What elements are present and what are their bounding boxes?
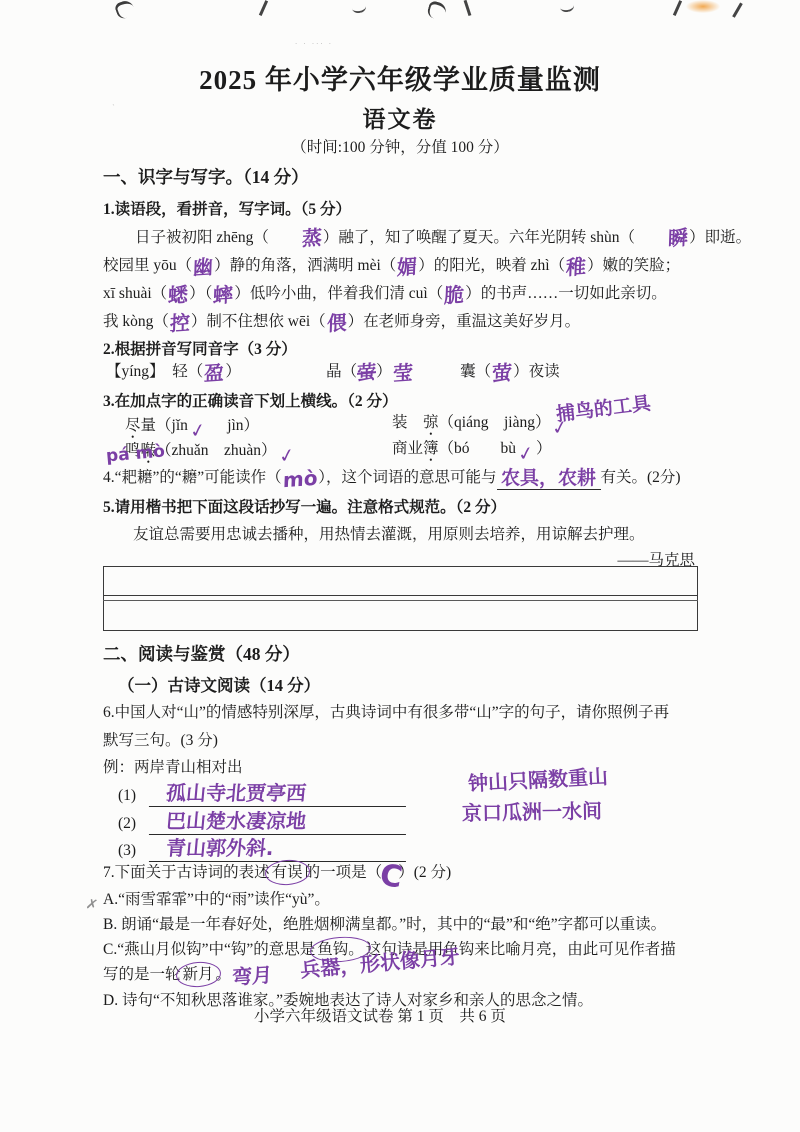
printed-text: （zhuǎn zhuàn）	[156, 442, 277, 459]
q6-answer-handwriting: 青山郭外斜.	[149, 837, 408, 862]
q7-option-c-line2: 写的是一轮新月。弯月	[103, 965, 273, 986]
q6-answer-label: (3)	[118, 842, 136, 859]
printed-text: jìn）	[208, 417, 259, 434]
handwritten-mark: C	[378, 860, 405, 893]
faint-print-ghost: . . ... .	[295, 38, 333, 46]
q7-option-b: B. 朗诵“最是一年春好处，绝胜烟柳满皇都。”时，其中的“最”和“绝”字都可以重…	[103, 915, 666, 936]
scribble-mark	[114, 0, 137, 21]
handwritten-mark: 有误	[270, 864, 305, 881]
scribble-mark	[559, 0, 575, 13]
handwritten-mark: 瞬	[636, 227, 689, 251]
printed-text: B. 朗诵“最是一年春好处，绝胜烟柳满皇都。”时，其中的“最”和“绝”字都可以重…	[103, 916, 666, 933]
page-title: 2025 年小学六年级学业质量监测	[0, 62, 800, 98]
printed-text: 的一项是（	[305, 864, 383, 881]
printed-text: 写的是一轮	[103, 966, 181, 983]
printed-text: ）在老师身旁，重温这美好岁月。	[348, 313, 581, 330]
q6-example: 例：两岸青山相对出	[103, 758, 243, 779]
q7-prompt: 7.下面关于古诗词的表述有误的一项是（C）(2 分)	[103, 862, 451, 892]
handwritten-mark: 弶	[423, 414, 439, 431]
printed-text: A.“雨雪霏霏”中的“雨”读作“yù”。	[103, 891, 330, 908]
printed-text: 校园里 yōu（	[103, 257, 192, 274]
q6-answer-label: (2)	[118, 815, 136, 832]
handwritten-mark: 蟀	[213, 284, 234, 305]
copy-box-divider	[103, 595, 698, 601]
handwritten-mark: 莹	[392, 362, 413, 383]
printed-text: ），这个词语的意思可能与	[318, 469, 496, 486]
q5-quote: 友谊总需要用忠诚去播种，用热情去灌溉，用原则去培养，用谅解去护理。	[133, 525, 645, 546]
printed-text: ）的书声……一切如此亲切。	[465, 285, 667, 302]
orange-smudge	[686, 0, 720, 13]
printed-text: 4.“耙耱”的“耱”可能读作（	[103, 469, 282, 486]
printed-text: ）低吟小曲，伴着我们清 cuì（	[234, 285, 443, 302]
printed-text: 日子被初阳 zhēng（	[135, 229, 269, 246]
page-footer: 小学六年级语文试卷 第 1 页 共 6 页	[0, 1007, 760, 1028]
handwritten-mark: 盈	[204, 362, 225, 383]
printed-text: ）即逝。	[689, 229, 751, 246]
handwritten-mark: 媚	[397, 256, 418, 277]
handwritten-mark: 萤	[357, 363, 376, 384]
section2-subheading: （一）古诗文阅读（14 分）	[118, 675, 320, 697]
printed-text: ）嫩的笑脸；	[587, 257, 680, 274]
q6-answer-handwriting: 巴山楚水凄凉地	[149, 810, 408, 835]
handwritten-mark: 弯月	[232, 965, 273, 988]
handwritten-mark: 幽	[193, 256, 214, 277]
printed-text: 囊（	[414, 363, 492, 380]
printed-text: C.“燕山月似钩”中“钩”的意思是	[103, 941, 315, 958]
printed-text: （bó bù	[439, 440, 517, 457]
printed-text: ）(2 分)	[398, 864, 451, 881]
printed-text: 装	[392, 414, 423, 431]
q1-text-line: 我 kòng（控）制不住想依 wēi（偎）在老师身旁，重温这美好岁月。	[103, 312, 580, 333]
q1-text-line: 日子被初阳 zhēng（蒸）融了，知了唤醒了夏天。六年光阴转 shùn（瞬）即逝…	[103, 228, 751, 249]
q3-prompt: 3.在加点字的正确读音下划上横线。（2 分）	[103, 392, 398, 413]
exam-meta: （时间:100 分钟，分值 100 分）	[0, 138, 800, 159]
handwritten-mark: 稚	[566, 256, 587, 277]
handwritten-mark: 尽	[125, 417, 141, 434]
printed-text: ）夜读	[513, 363, 560, 380]
q6-prompt-line1: 6.中国人对“山”的情感特别深厚，古典诗词中有很多带“山”字的句子，请你照例子再	[103, 703, 669, 724]
printed-text: 量（jǐn	[141, 417, 188, 434]
handwritten-mark: 簿	[423, 440, 439, 457]
handwritten-mark: ✓	[517, 444, 536, 465]
scribble-mark	[673, 0, 682, 16]
q2-prompt: 2.根据拼音写同音字（3 分）	[103, 340, 297, 361]
handwritten-mark: 蒸	[270, 227, 323, 251]
handwritten-mark: mò	[282, 468, 317, 491]
handwritten-mark: ✓	[188, 421, 207, 442]
q6-answer-handwriting: 孤山寺北贾亭西	[149, 782, 408, 807]
q3-margin-note: 捕鸟的工具	[555, 394, 652, 424]
printed-text: ） 晶（	[225, 363, 357, 380]
q6-answer-row: (3)青山郭外斜.	[118, 837, 407, 862]
scribble-mark	[464, 0, 471, 16]
printed-text: ）（	[189, 285, 212, 302]
section1-heading: 一、识字与写字。（14 分）	[103, 166, 309, 190]
printed-text: 有关。(2分)	[601, 469, 681, 486]
scribble-mark	[732, 2, 742, 17]
q6-answer-label: (1)	[118, 787, 136, 804]
q6-side-note: 钟山只隔数重山	[468, 766, 609, 793]
section2-heading: 二、阅读与鉴赏（48 分）	[103, 643, 300, 667]
page-subtitle: 语文卷	[0, 104, 800, 135]
handwritten-mark: 控	[170, 312, 191, 333]
q1-prompt: 1.读语段，看拼音，写字词。（5 分）	[103, 200, 351, 221]
printed-text: 【yíng】 轻（	[106, 363, 203, 380]
printed-text: ）静的角落，洒满明 mèi（	[214, 257, 396, 274]
q3-item-jinliang: 尽量（jǐn✓ jìn）	[125, 416, 259, 441]
handwriting-copy-box	[103, 566, 698, 631]
printed-text: xī shuài（	[103, 285, 167, 302]
exam-paper-page: . . ... . ` 2025 年小学六年级学业质量监测 语文卷 （时间:10…	[0, 0, 800, 1132]
printed-text: ）	[536, 440, 552, 457]
q7-option-a: A.“雨雪霏霏”中的“雨”读作“yù”。	[103, 890, 330, 911]
scribble-mark	[426, 0, 448, 21]
q6-prompt-line2: 默写三句。(3 分)	[103, 731, 218, 752]
q6-answer-row: (1)孤山寺北贾亭西	[118, 782, 407, 807]
printed-text: ）融了，知了唤醒了夏天。六年光阴转 shùn（	[323, 229, 635, 246]
handwritten-mark: 脆	[444, 284, 465, 305]
printed-text: 7.下面关于古诗词的表述	[103, 864, 270, 881]
handwritten-mark: 新月	[181, 966, 216, 983]
q1-text-line: xī shuài（蟋）（蟀）低吟小曲，伴着我们清 cuì（脆）的书声……一切如此…	[103, 284, 667, 305]
handwritten-mark: 萤	[492, 362, 513, 383]
printed-text: ）的阳光，映着 zhì（	[418, 257, 565, 274]
printed-text: ）	[376, 363, 392, 380]
scribble-mark	[351, 1, 367, 14]
q4-line: 4.“耙耱”的“耱”可能读作（mò），这个词语的意思可能与农具，农耕有关。(2分…	[103, 468, 681, 490]
q6-answer-row: (2)巴山楚水凄凉地	[118, 810, 407, 835]
printed-text: 我 kòng（	[103, 313, 169, 330]
q1-text-line: 校园里 yōu（幽）静的角落，洒满明 mèi（媚）的阳光，映着 zhì（稚）嫩的…	[103, 256, 680, 277]
q3-item-zhuangjiang: 装 弶（qiáng jiàng）✓	[392, 413, 570, 438]
handwritten-mark: 偎	[326, 312, 347, 333]
q3-item-shangyebu: 商业簿（bó bù✓）	[392, 439, 551, 464]
printed-text: 商业	[392, 440, 423, 457]
q5-prompt: 5.请用楷书把下面这段话抄写一遍。注意格式规范。（2 分）	[103, 498, 506, 519]
handwritten-mark: 农具，农耕	[497, 469, 601, 490]
printed-text: ）制不住想依 wēi（	[191, 313, 326, 330]
q7-pencil-mark: ✗	[85, 897, 99, 913]
q2-answer-line: 【yíng】 轻（盈） 晶（萤）莹 囊（萤）夜读	[106, 362, 560, 383]
handwritten-mark: ✓	[277, 446, 296, 467]
q6-side-note: 京口瓜洲一水间	[462, 801, 602, 823]
handwritten-mark: 蟋	[168, 284, 189, 305]
scribble-mark	[259, 0, 268, 16]
printed-text: （qiáng jiàng）	[439, 414, 551, 431]
